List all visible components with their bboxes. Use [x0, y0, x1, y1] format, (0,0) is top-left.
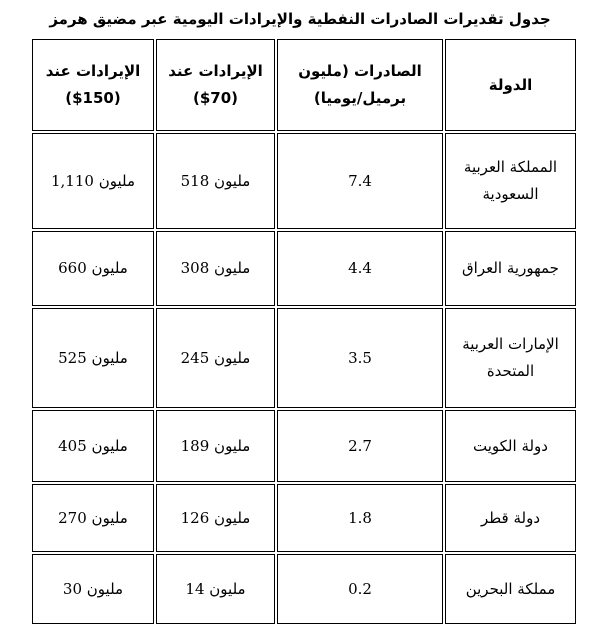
- exports-value: 3.5: [277, 308, 443, 408]
- revenue-150-value: 525 مليون: [32, 308, 154, 408]
- header-row: الدولة الصادرات (مليون برميل/يوميا) الإي…: [32, 39, 576, 131]
- header-revenue-150: الإيرادات عند ($150): [32, 39, 154, 131]
- revenue-70-value: 245 مليون: [156, 308, 275, 408]
- revenue-70-value: 126 مليون: [156, 484, 275, 552]
- country-name: دولة قطر: [445, 484, 576, 552]
- revenue-150-value: 405 مليون: [32, 410, 154, 482]
- header-revenue-70-price: ($70): [161, 85, 270, 112]
- page-title: جدول تقديرات الصادرات النفطية والإيرادات…: [0, 0, 600, 30]
- header-exports: الصادرات (مليون برميل/يوميا): [277, 39, 443, 131]
- header-country-label: الدولة: [489, 76, 533, 94]
- table-row-bahrain: مملكة البحرين 0.2 14 مليون 30 مليون: [32, 554, 576, 624]
- country-name: مملكة البحرين: [445, 554, 576, 624]
- table-row-qatar: دولة قطر 1.8 126 مليون 270 مليون: [32, 484, 576, 552]
- revenue-70-value: 14 مليون: [156, 554, 275, 624]
- header-revenue-150-label: الإيرادات عند: [37, 58, 149, 85]
- document-page: جدول تقديرات الصادرات النفطية والإيرادات…: [0, 0, 600, 631]
- revenue-150-value: 1,110 مليون: [32, 133, 154, 229]
- table-row-kuwait: دولة الكويت 2.7 189 مليون 405 مليون: [32, 410, 576, 482]
- exports-value: 1.8: [277, 484, 443, 552]
- exports-value: 7.4: [277, 133, 443, 229]
- table-row-saudi-arabia: المملكة العربية السعودية 7.4 518 مليون 1…: [32, 133, 576, 229]
- country-name: المملكة العربية السعودية: [445, 133, 576, 229]
- table-row-uae: الإمارات العربية المتحدة 3.5 245 مليون 5…: [32, 308, 576, 408]
- revenue-70-value: 189 مليون: [156, 410, 275, 482]
- table-row-iraq: جمهورية العراق 4.4 308 مليون 660 مليون: [32, 231, 576, 306]
- exports-value: 2.7: [277, 410, 443, 482]
- revenue-150-value: 660 مليون: [32, 231, 154, 306]
- country-name: دولة الكويت: [445, 410, 576, 482]
- header-revenue-150-price: ($150): [37, 85, 149, 112]
- header-country: الدولة: [445, 39, 576, 131]
- header-revenue-70: الإيرادات عند ($70): [156, 39, 275, 131]
- country-name: جمهورية العراق: [445, 231, 576, 306]
- oil-exports-revenues-table: الدولة الصادرات (مليون برميل/يوميا) الإي…: [30, 37, 578, 626]
- revenue-150-value: 30 مليون: [32, 554, 154, 624]
- header-revenue-70-label: الإيرادات عند: [161, 58, 270, 85]
- header-exports-label: الصادرات (مليون برميل/يوميا): [291, 58, 429, 112]
- revenue-70-value: 518 مليون: [156, 133, 275, 229]
- exports-value: 0.2: [277, 554, 443, 624]
- revenue-70-value: 308 مليون: [156, 231, 275, 306]
- country-name: الإمارات العربية المتحدة: [445, 308, 576, 408]
- revenue-150-value: 270 مليون: [32, 484, 154, 552]
- exports-value: 4.4: [277, 231, 443, 306]
